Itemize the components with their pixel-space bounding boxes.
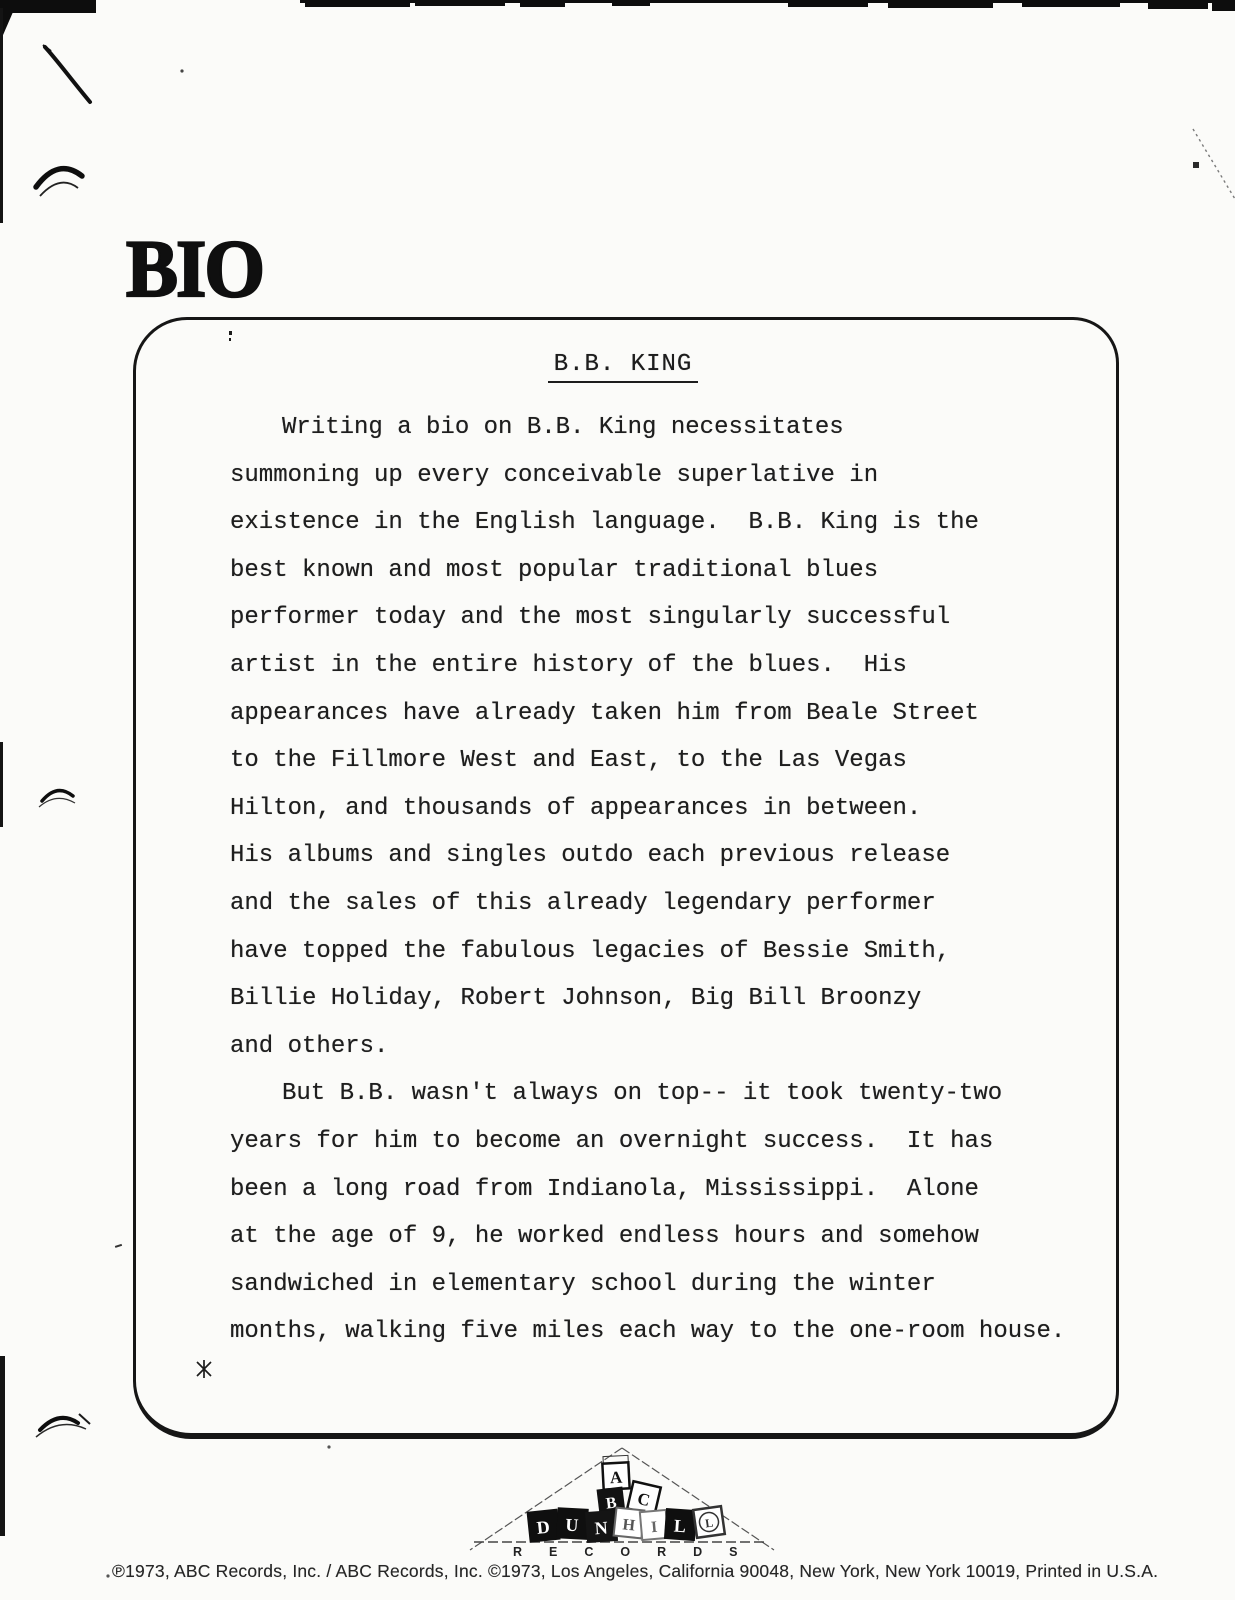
punch-hole-mark (39, 798, 75, 807)
scratch-mark (1193, 129, 1235, 204)
letter-block-A: A (602, 1455, 630, 1489)
bio-line: been a long road from Indianola, Mississ… (230, 1166, 1120, 1214)
scan-left-edge (0, 8, 3, 223)
bio-line: best known and most popular traditional … (230, 547, 1120, 595)
stray-speck (327, 1445, 330, 1448)
bio-line: months, walking five miles each way to t… (230, 1308, 1120, 1356)
scan-edge-segment (1148, 0, 1208, 9)
bio-line: performer today and the most singularly … (230, 594, 1120, 642)
scan-left-edge (0, 1356, 5, 1536)
svg-text:U: U (565, 1515, 579, 1536)
bio-masthead-logo: BIO (126, 228, 263, 309)
bio-line: Billie Holiday, Robert Johnson, Big Bill… (230, 975, 1120, 1023)
document-title: B.B. KING (133, 351, 1113, 378)
letter-block-L2: L (693, 1506, 725, 1538)
scan-edge-segment (788, 0, 868, 7)
scan-edge-segment (612, 0, 650, 6)
svg-text:A: A (609, 1468, 623, 1488)
scan-edge-segment (415, 0, 505, 6)
punch-hole-mark (36, 169, 82, 187)
svg-text:L: L (673, 1516, 686, 1537)
bio-line: summoning up every conceivable superlati… (230, 452, 1120, 500)
bio-line: years for him to become an overnight suc… (230, 1118, 1120, 1166)
scan-edge-segment (0, 0, 96, 13)
svg-text:H: H (622, 1516, 637, 1534)
scan-top-edge (0, 0, 1235, 16)
bio-line: have topped the fabulous legacies of Bes… (230, 928, 1120, 976)
bio-line: artist in the entire history of the blue… (230, 642, 1120, 690)
document-body: Writing a bio on B.B. King necessitates … (230, 404, 1120, 1356)
copyright-line: ℗1973, ABC Records, Inc. / ABC Records, … (112, 1561, 1192, 1582)
scan-edge-segment (1212, 0, 1235, 11)
scan-edge-segment (1022, 0, 1120, 7)
scan-left-edge (0, 742, 3, 827)
bio-line: Writing a bio on B.B. King necessitates (230, 404, 1120, 452)
bio-line: But B.B. wasn't always on top-- it took … (230, 1070, 1120, 1118)
scan-edge-segment (305, 0, 410, 7)
punch-hole-mark (40, 183, 78, 196)
letter-block-L: L (664, 1508, 697, 1541)
letter-block-N: N (585, 1510, 618, 1543)
bio-line: existence in the English language. B.B. … (230, 499, 1120, 547)
punch-hole-mark (36, 1425, 86, 1438)
stray-speck (115, 1244, 122, 1248)
pen-stroke-mark (43, 45, 51, 51)
bio-line: at the age of 9, he worked endless hours… (230, 1213, 1120, 1261)
letter-block-D: D (527, 1509, 561, 1543)
scan-edge-segment (888, 0, 993, 8)
punch-hole-mark (40, 1418, 78, 1430)
bio-line: appearances have already taken him from … (230, 690, 1120, 738)
abc-dunhill-records-logo: A B C D U N H I (440, 1418, 780, 1568)
bio-line: sandwiched in elementary school during t… (230, 1261, 1120, 1309)
stray-speck (106, 1574, 109, 1577)
scratch-dot (1193, 162, 1199, 168)
letter-block-U: U (556, 1507, 589, 1540)
bio-line: to the Fillmore West and East, to the La… (230, 737, 1120, 785)
scan-edge-segment (520, 0, 565, 7)
bio-line: His albums and singles outdo each previo… (230, 832, 1120, 880)
punch-hole-mark (42, 791, 73, 801)
bio-line: and the sales of this already legendary … (230, 880, 1120, 928)
scanned-bio-page: BIO B.B. KING Writing a bio on B.B. King… (0, 0, 1235, 1600)
svg-text:N: N (594, 1518, 608, 1539)
bio-line: and others. (230, 1023, 1120, 1071)
pen-stroke-mark (45, 47, 90, 102)
records-text: RECORDS (513, 1545, 765, 1559)
punch-hole-mark (79, 1414, 90, 1424)
bio-line: Hilton, and thousands of appearances in … (230, 785, 1120, 833)
svg-text:D: D (536, 1517, 551, 1538)
stray-speck (180, 69, 183, 72)
letter-block-I: I (640, 1510, 668, 1540)
document-title-text: B.B. KING (548, 351, 699, 383)
